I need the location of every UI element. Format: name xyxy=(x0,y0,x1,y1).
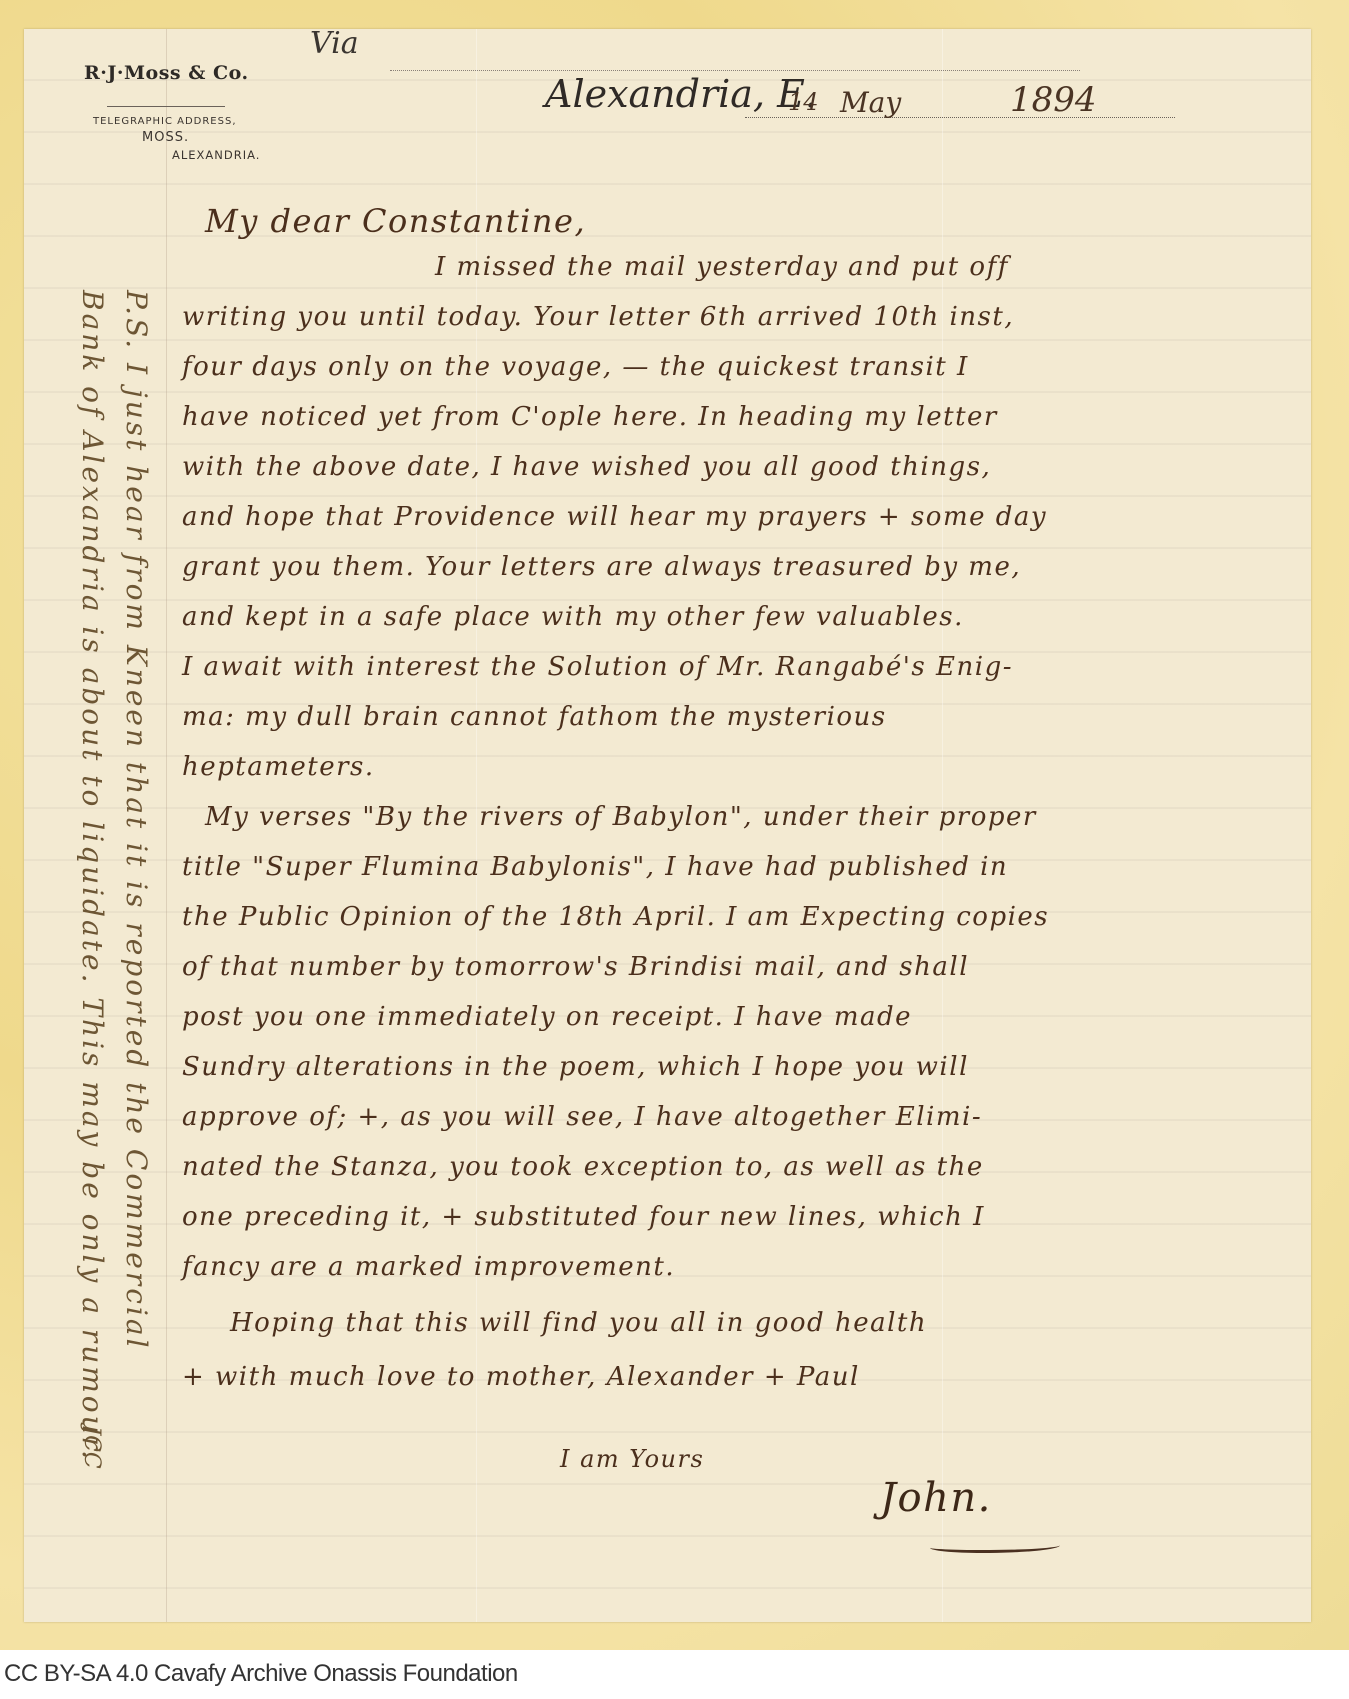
dateline-month: May xyxy=(840,86,901,119)
letter-line: Sundry alterations in the poem, which I … xyxy=(182,1052,969,1082)
letter-line: of that number by tomorrow's Brindisi ma… xyxy=(182,952,969,982)
letter-line: the Public Opinion of the 18th April. I … xyxy=(182,902,1049,932)
telegraphic-address-city: ALEXANDRIA. xyxy=(172,148,260,162)
letter-line: heptameters. xyxy=(182,752,375,782)
letter-line: ma: my dull brain cannot fathom the myst… xyxy=(182,702,887,732)
postscript-line: Bank of Alexandria is about to liquidate… xyxy=(70,290,114,1590)
postscript: P.S. I just hear from Kneen that it is r… xyxy=(78,290,158,1590)
via-rule xyxy=(390,70,1080,71)
letter-line: post you one immediately on receipt. I h… xyxy=(182,1002,912,1032)
margin-rule xyxy=(166,29,167,1622)
letter-line: and kept in a safe place with my other f… xyxy=(182,602,964,632)
letter-line: have noticed yet from C'ople here. In he… xyxy=(182,402,998,432)
letterhead-rule xyxy=(107,106,225,107)
letter-line: approve of; +, as you will see, I have a… xyxy=(182,1102,982,1132)
letter-line: one preceding it, + substituted four new… xyxy=(182,1202,985,1232)
via-label: Via xyxy=(310,26,359,61)
letter-line: I missed the mail yesterday and put off xyxy=(435,252,1009,282)
letter-line: nated the Stanza, you took exception to,… xyxy=(182,1152,984,1182)
postscript-line: P.S. I just hear from Kneen that it is r… xyxy=(114,290,158,1590)
letter-line: and hope that Providence will hear my pr… xyxy=(182,502,1047,532)
letter-line: I await with interest the Solution of Mr… xyxy=(182,652,1013,682)
letter-line: My verses "By the rivers of Babylon", un… xyxy=(205,802,1037,832)
letter-line: writing you until today. Your letter 6th… xyxy=(182,302,1014,332)
letter-line: + with much love to mother, Alexander + … xyxy=(182,1362,860,1392)
letter-line: four days only on the voyage, — the quic… xyxy=(182,352,969,382)
postscript-initials: JCC xyxy=(79,1426,104,1469)
dateline-place: Alexandria, E. xyxy=(545,72,817,116)
dateline-day: 14 xyxy=(788,88,819,116)
letterhead-company: R·J·Moss & Co. xyxy=(84,62,249,84)
letter-line: grant you them. Your letters are always … xyxy=(182,552,1021,582)
closing: I am Yours xyxy=(560,1445,704,1473)
dateline-year: 1894 xyxy=(1010,80,1097,120)
letter-line: fancy are a marked improvement. xyxy=(182,1252,675,1282)
letter-line: with the above date, I have wished you a… xyxy=(182,452,991,482)
license-credit: CC BY-SA 4.0 Cavafy Archive Onassis Foun… xyxy=(4,1660,518,1688)
letter-line: Hoping that this will find you all in go… xyxy=(230,1308,927,1338)
signature: John. xyxy=(880,1475,992,1521)
telegraphic-address-label: TELEGRAPHIC ADDRESS, xyxy=(93,116,237,127)
telegraphic-address-name: MOSS. xyxy=(142,130,189,145)
salutation: My dear Constantine, xyxy=(205,202,586,240)
letter-line: title "Super Flumina Babylonis", I have … xyxy=(182,852,1008,882)
dateline-rule xyxy=(745,117,1175,118)
